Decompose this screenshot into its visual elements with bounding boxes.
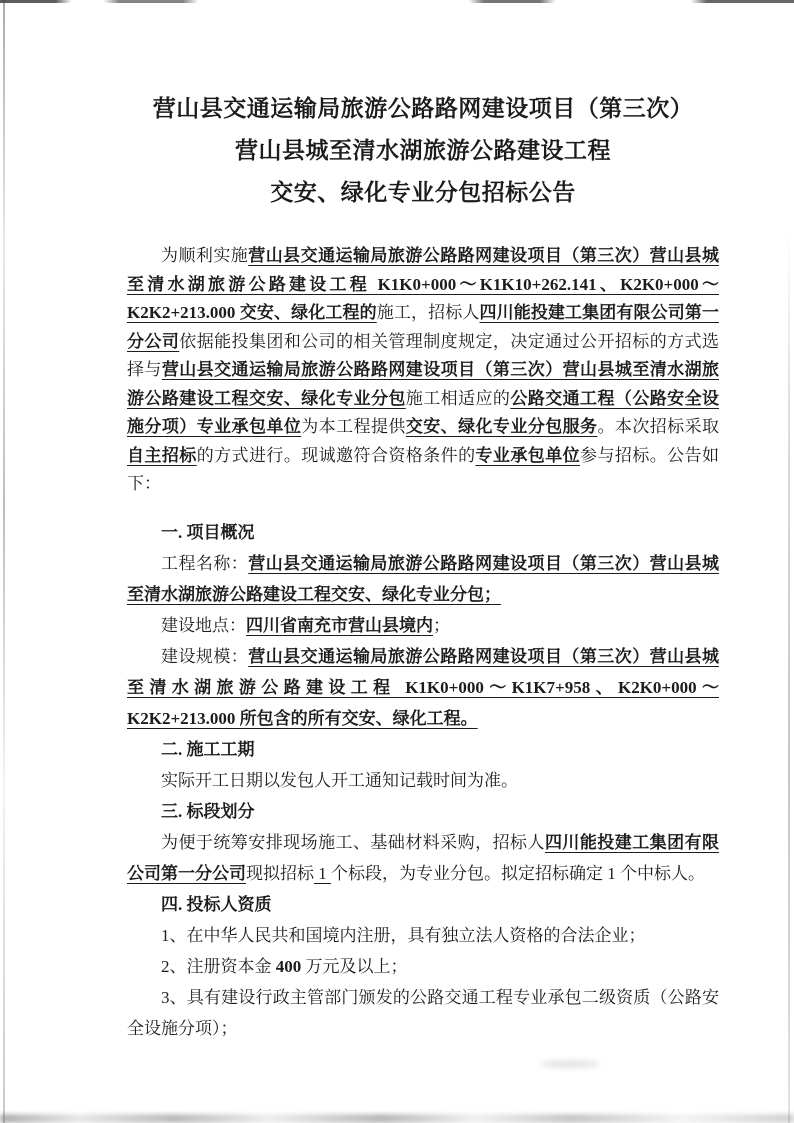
intro-paragraph-run: 自主招标 xyxy=(127,446,197,465)
scan-artifact-smudge xyxy=(540,1060,600,1068)
intro-paragraph-run: 的方式进行。现诚邀符合资格条件的 xyxy=(197,446,476,465)
bid-sections-paragraph-run: 1 xyxy=(314,864,331,883)
scale-paragraph: 建设规模：营山县交通运输局旅游公路路网建设项目（第三次）营山县城至清水湖旅游公路… xyxy=(127,641,719,734)
section-3-heading-run: 三. 标段划分 xyxy=(161,802,255,821)
scan-artifact-top-edge xyxy=(0,0,794,3)
bid-sections-paragraph-run: 现拟招标 xyxy=(246,864,314,883)
intro-paragraph-run: 为顺利实施 xyxy=(161,246,248,265)
page-content: 营山县交通运输局旅游公路路网建设项目（第三次） 营山县城至清水湖旅游公路建设工程… xyxy=(127,88,719,1044)
title-line-1: 营山县交通运输局旅游公路路网建设项目（第三次） xyxy=(127,88,719,130)
qualification-item-3: 3、具有建设行政主管部门颁发的公路交通工程专业承包二级资质（公路安全设施分项）； xyxy=(127,982,719,1044)
scale-paragraph-run: 建设规模： xyxy=(161,647,248,666)
location-paragraph: 建设地点：四川省南充市营山县境内； xyxy=(127,610,719,641)
section-4-heading-run: 四. 投标人资质 xyxy=(161,895,272,914)
section-1-heading: 一. 项目概况 xyxy=(127,517,719,548)
intro-paragraph-run: 为本工程提供 xyxy=(301,417,406,436)
project-name-paragraph-run: 工程名称： xyxy=(161,554,248,573)
construction-period-paragraph: 实际开工日期以发包人开工通知记载时间为准。 xyxy=(127,765,719,796)
qualification-item-3-run: 3、具有建设行政主管部门颁发的公路交通工程专业承包二级资质（公路安全设施分项）； xyxy=(127,988,719,1038)
document-body: 为顺利实施营山县交通运输局旅游公路路网建设项目（第三次）营山县城至清水湖旅游公路… xyxy=(127,242,719,1044)
bid-sections-paragraph-run: 个标段，为专业分包。拟定招标确定 1 个中标人。 xyxy=(331,864,705,883)
project-name-paragraph: 工程名称：营山县交通运输局旅游公路路网建设项目（第三次）营山县城至清水湖旅游公路… xyxy=(127,548,719,610)
bid-sections-paragraph-run: 为便于统筹安排现场施工、基础材料采购，招标人 xyxy=(161,833,545,852)
qualification-item-1: 1、在中华人民共和国境内注册，具有独立法人资格的合法企业； xyxy=(127,920,719,951)
intro-paragraph-run: 交安、绿化专业分包服务 xyxy=(406,417,598,436)
section-2-heading: 二. 施工工期 xyxy=(127,734,719,765)
qualification-item-1-run: 1、在中华人民共和国境内注册，具有独立法人资格的合法企业； xyxy=(161,926,646,945)
location-paragraph-run: ； xyxy=(433,616,450,635)
section-4-heading: 四. 投标人资质 xyxy=(127,889,719,920)
intro-paragraph-run: 专业承包单位 xyxy=(476,446,581,465)
intro-paragraph-run: 施工，招标人 xyxy=(377,303,480,322)
title-line-2: 营山县城至清水湖旅游公路建设工程 xyxy=(127,130,719,172)
intro-paragraph: 为顺利实施营山县交通运输局旅游公路路网建设项目（第三次）营山县城至清水湖旅游公路… xyxy=(127,242,719,499)
location-paragraph-run: 建设地点： xyxy=(161,616,246,635)
scan-artifact-bottom-edge xyxy=(0,1114,794,1123)
scan-artifact-left-edge xyxy=(3,0,5,1123)
title-line-3: 交安、绿化专业分包招标公告 xyxy=(127,172,719,214)
qualification-item-2: 2、注册资本金 400 万元及以上； xyxy=(127,951,719,982)
document-title: 营山县交通运输局旅游公路路网建设项目（第三次） 营山县城至清水湖旅游公路建设工程… xyxy=(127,88,719,214)
section-3-heading: 三. 标段划分 xyxy=(127,796,719,827)
qualification-item-2-run: 400 xyxy=(276,957,302,976)
scan-artifact-right-edge xyxy=(788,230,790,1123)
qualification-item-2-run: 2、注册资本金 xyxy=(161,957,276,976)
section-1-heading-run: 一. 项目概况 xyxy=(161,523,255,542)
document-page: 营山县交通运输局旅游公路路网建设项目（第三次） 营山县城至清水湖旅游公路建设工程… xyxy=(0,0,794,1123)
qualification-item-2-run: 万元及以上； xyxy=(301,957,407,976)
location-paragraph-run: 四川省南充市营山县境内 xyxy=(246,616,433,635)
section-2-heading-run: 二. 施工工期 xyxy=(161,740,255,759)
construction-period-paragraph-run: 实际开工日期以发包人开工通知记载时间为准。 xyxy=(161,771,518,790)
bid-sections-paragraph: 为便于统筹安排现场施工、基础材料采购，招标人四川能投建工集团有限公司第一分公司现… xyxy=(127,827,719,889)
intro-paragraph-run: 施工相适应的 xyxy=(406,389,511,408)
intro-paragraph-run: 。本次招标采取 xyxy=(597,417,719,436)
